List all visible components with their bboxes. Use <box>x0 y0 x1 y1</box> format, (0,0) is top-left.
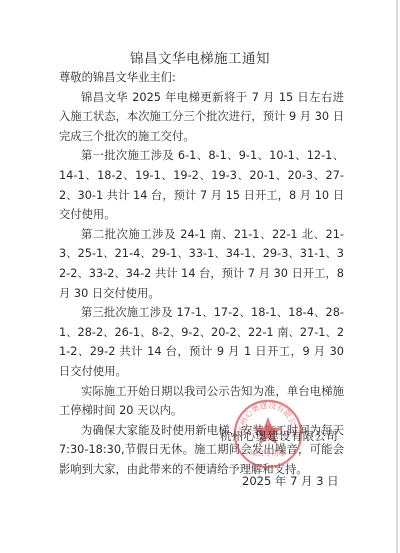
greeting: 尊敬的锦昌文华业主们: <box>59 68 344 88</box>
svg-text:项目专用章: 项目专用章 <box>250 449 286 458</box>
paragraph-batch-1: 第一批次施工涉及 6-1、8-1、9-1、10-1、12-1、14-1、18-2… <box>59 146 344 224</box>
company-signature: 杭州心奥建设有限公司 <box>220 428 338 444</box>
notice-title: 锦昌文华电梯施工通知 <box>0 47 400 67</box>
paragraph-batch-2: 第二批次施工涉及 24-1 南、21-1、22-1 北、21-3、25-1、21… <box>59 225 344 303</box>
paragraph-batch-3: 第三批次施工涉及 17-1、17-2、18-1、18-4、28-1、28-2、2… <box>59 303 344 381</box>
notice-page: 锦昌文华电梯施工通知 尊敬的锦昌文华业主们: 锦昌文华 2025 年电梯更新将于… <box>0 0 398 553</box>
notice-date: 2025 年 7 月 3 日 <box>242 473 339 489</box>
paragraph-intro: 锦昌文华 2025 年电梯更新将于 7 月 15 日左右进入施工状态，本次施工分… <box>59 88 344 147</box>
